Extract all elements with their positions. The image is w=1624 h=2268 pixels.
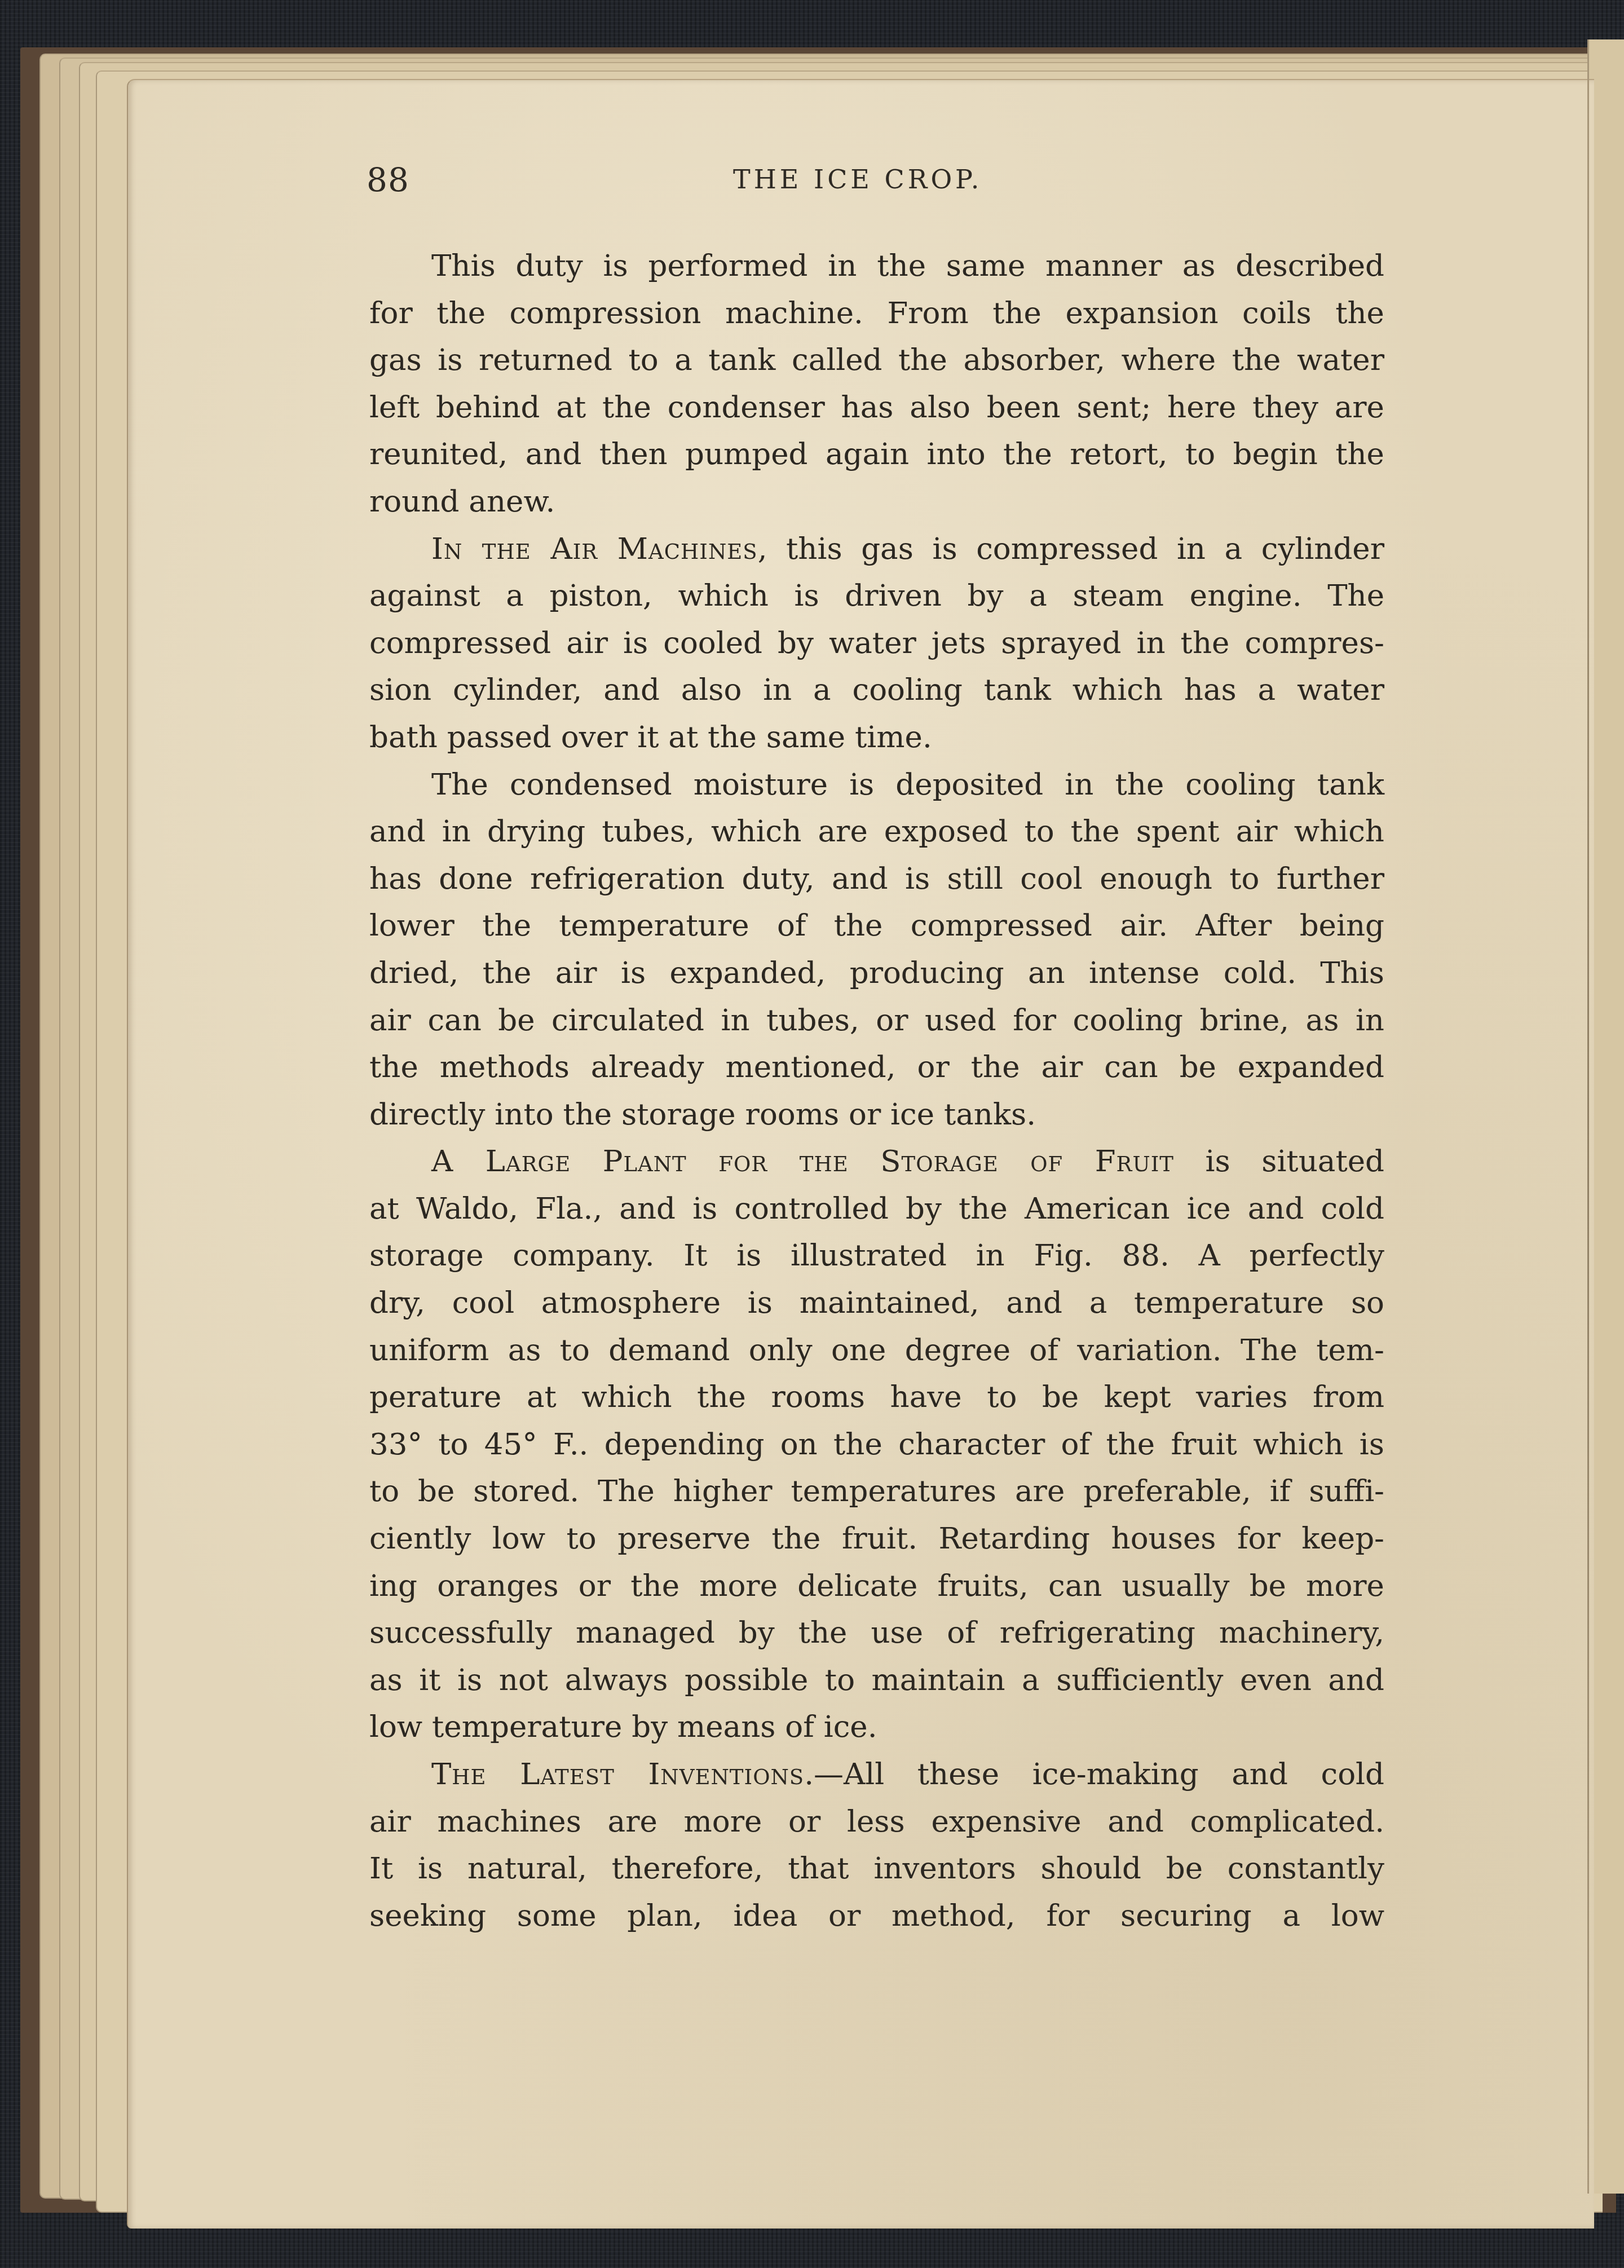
text-line: A Large Plant for the Storage of Fruit i…: [369, 1138, 1384, 1185]
text-line: This duty is performed in the same manne…: [369, 242, 1384, 290]
facing-page-edge: [1589, 39, 1624, 2194]
text-line: round anew.: [369, 478, 1384, 526]
text-line: The condensed moisture is deposited in t…: [369, 761, 1384, 809]
section-lead: The Latest Inventions: [431, 1757, 804, 1792]
text-line: directly into the storage rooms or ice t…: [369, 1091, 1384, 1139]
paragraph: The Latest Inventions.—All these ice-mak…: [369, 1751, 1384, 1939]
page-number: 88: [367, 161, 409, 199]
running-title: THE ICE CROP.: [733, 164, 982, 195]
text-line: successfully managed by the use of refri…: [369, 1609, 1384, 1657]
text-line: ing oranges or the more delicate fruits,…: [369, 1563, 1384, 1610]
text-line: It is natural, therefore, that inventors…: [369, 1845, 1384, 1892]
text-line: seeking some plan, idea or method, for s…: [369, 1892, 1384, 1940]
section-lead: A Large Plant for the Storage of Fruit: [431, 1144, 1174, 1179]
text-line: air can be circulated in tubes, or used …: [369, 997, 1384, 1044]
text-line: storage company. It is illustrated in Fi…: [369, 1232, 1384, 1279]
text-line: dried, the air is expanded, producing an…: [369, 950, 1384, 997]
text-line: lower the temperature of the compressed …: [369, 902, 1384, 950]
text-line: as it is not always possible to maintain…: [369, 1657, 1384, 1704]
text-line: sion cylinder, and also in a cooling tan…: [369, 667, 1384, 714]
text-line: compressed air is cooled by water jets s…: [369, 620, 1384, 667]
page-crease: [1587, 39, 1589, 2194]
running-header: 88 THE ICE CROP.: [361, 161, 1398, 211]
paragraph: A Large Plant for the Storage of Fruit i…: [369, 1138, 1384, 1751]
text-line: low temperature by means of ice.: [369, 1704, 1384, 1751]
text-line: at Waldo, Fla., and is controlled by the…: [369, 1185, 1384, 1233]
text-line: dry, cool atmosphere is maintained, and …: [369, 1279, 1384, 1327]
body-text: This duty is performed in the same manne…: [369, 242, 1384, 1939]
text-line: ciently low to preserve the fruit. Retar…: [369, 1515, 1384, 1563]
text-line: In the Air Machines, this gas is compres…: [369, 526, 1384, 573]
text-line: The Latest Inventions.—All these ice-mak…: [369, 1751, 1384, 1798]
text-line: left behind at the condenser has also be…: [369, 384, 1384, 431]
paragraph: This duty is performed in the same manne…: [369, 242, 1384, 526]
text-line: bath passed over it at the same time.: [369, 714, 1384, 761]
text-line: against a piston, which is driven by a s…: [369, 572, 1384, 620]
text-line: 33° to 45° F.. depending on the characte…: [369, 1421, 1384, 1468]
text-line: uniform as to demand only one degree of …: [369, 1327, 1384, 1374]
text-line: the methods already mentioned, or the ai…: [369, 1044, 1384, 1091]
text-line: perature at which the rooms have to be k…: [369, 1374, 1384, 1421]
text-line: for the compression machine. From the ex…: [369, 290, 1384, 337]
section-lead: In the Air Machines: [431, 532, 758, 566]
text-line: and in drying tubes, which are exposed t…: [369, 808, 1384, 855]
text-line: gas is returned to a tank called the abs…: [369, 337, 1384, 384]
text-line: has done refrigeration duty, and is stil…: [369, 855, 1384, 903]
text-line: to be stored. The higher temperatures ar…: [369, 1468, 1384, 1515]
text-line: reunited, and then pumped again into the…: [369, 431, 1384, 478]
paragraph: The condensed moisture is deposited in t…: [369, 761, 1384, 1139]
paragraph: In the Air Machines, this gas is compres…: [369, 526, 1384, 761]
text-line: air machines are more or less expensive …: [369, 1798, 1384, 1846]
